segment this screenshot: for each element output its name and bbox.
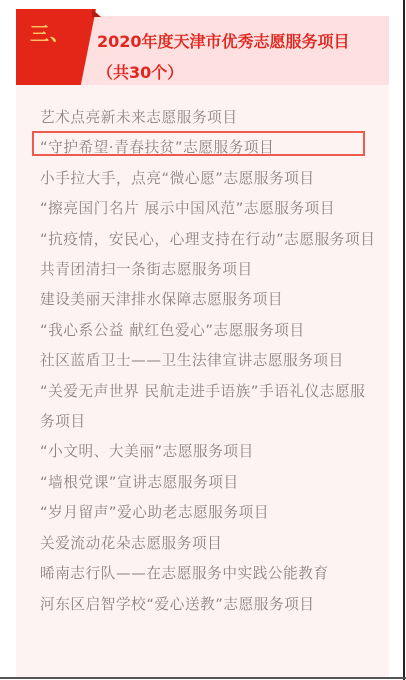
list-item: “墙根党课”宣讲志愿服务项目 <box>40 468 376 498</box>
list-item: “擦亮国门名片 展示中国风范”志愿服务项目 <box>40 194 376 224</box>
list-item: “抗疫情，安民心，心理支持在行动”志愿服务项目 <box>40 225 376 255</box>
section-title-line1: 2020年度天津市优秀志愿服务项目 <box>97 26 389 57</box>
bottom-edge-rule <box>0 677 406 679</box>
list-item: “小文明、大美丽”志愿服务项目 <box>40 437 376 467</box>
section-title-line2: （共30个） <box>97 57 389 88</box>
list-item: “我心系公益 献红色爱心”志愿服务项目 <box>40 316 376 346</box>
list-item: “岁月留声”爱心助老志愿服务项目 <box>40 498 376 528</box>
section-number: 三、 <box>30 19 70 46</box>
list-item: 建设美丽天津排水保障志愿服务项目 <box>40 285 376 315</box>
list-item: “关爱无声世界 民航走进手语族”手语礼仪志愿服务项目 <box>40 377 376 438</box>
list-item-highlighted: “守护希望·青春扶贫”志愿服务项目 <box>40 133 376 163</box>
right-edge-rule <box>403 0 405 680</box>
list-item: 关爱流动花朵志愿服务项目 <box>40 529 376 559</box>
section-title: 2020年度天津市优秀志愿服务项目 （共30个） <box>97 26 389 88</box>
list-item: 社区蓝盾卫士——卫生法律宣讲志愿服务项目 <box>40 346 376 376</box>
project-list: 艺术点亮新未来志愿服务项目 “守护希望·青春扶贫”志愿服务项目 小手拉大手，点亮… <box>40 103 376 620</box>
list-item: 共青团清扫一条街志愿服务项目 <box>40 255 376 285</box>
list-item: 小手拉大手，点亮“微心愿”志愿服务项目 <box>40 164 376 194</box>
list-item: 晞南志行队——在志愿服务中实践公能教育 <box>40 559 376 589</box>
list-item: 河东区启智学校“爱心送教”志愿服务项目 <box>40 590 376 620</box>
list-item: 艺术点亮新未来志愿服务项目 <box>40 103 376 133</box>
